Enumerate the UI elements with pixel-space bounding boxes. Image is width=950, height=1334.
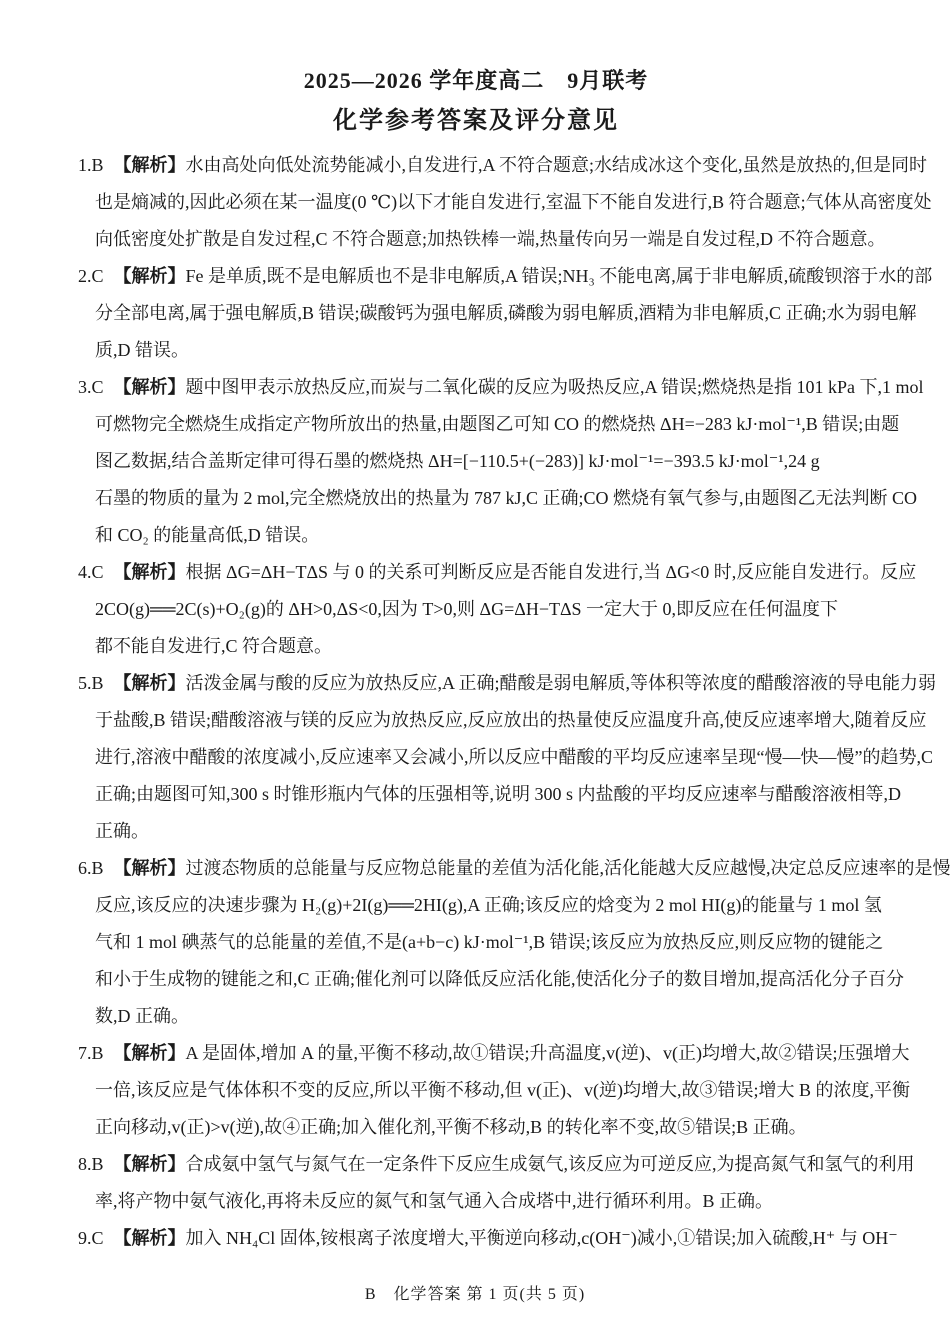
analysis-tag: 【解析】	[114, 1043, 186, 1063]
answer-text: 合成氨中氢气与氮气在一定条件下反应生成氨气,该反应为可逆反应,为提高氮气和氢气的…	[186, 1154, 915, 1174]
answer-key-subtitle: 化学参考答案及评分意见	[78, 105, 874, 137]
answer-text-line: 5.B【解析】活泼金属与酸的反应为放热反应,A 正确;醋酸是弱电解质,等体积等浓…	[78, 665, 874, 702]
answer-item-2: 2.C【解析】Fe 是单质,既不是电解质也不是非电解质,A 错误;NH₃ 不能电…	[78, 258, 874, 369]
analysis-tag: 【解析】	[114, 1228, 186, 1248]
answer-text: 根据 ΔG=ΔH−TΔS 与 0 的关系可判断反应是否能自发进行,当 ΔG<0 …	[186, 562, 917, 582]
answer-number: 6.B	[78, 858, 104, 878]
answer-text-line: 1.B【解析】水由高处向低处流势能减小,自发进行,A 不符合题意;水结成冰这个变…	[78, 147, 874, 184]
analysis-tag: 【解析】	[114, 377, 186, 397]
analysis-tag: 【解析】	[114, 562, 186, 582]
answer-text: 题中图甲表示放热反应,而炭与二氧化碳的反应为吸热反应,A 错误;燃烧热是指 10…	[186, 377, 924, 397]
answer-text: 加入 NH₄Cl 固体,铵根离子浓度增大,平衡逆向移动,c(OH⁻)减小,①错误…	[186, 1228, 898, 1248]
answer-text-line: 6.B【解析】过渡态物质的总能量与反应物总能量的差值为活化能,活化能越大反应越慢…	[78, 850, 874, 887]
answer-text-line: 2CO(g)══2C(s)+O₂(g)的 ΔH>0,ΔS<0,因为 T>0,则 …	[78, 591, 874, 628]
answer-text-line: 4.C【解析】根据 ΔG=ΔH−TΔS 与 0 的关系可判断反应是否能自发进行,…	[78, 554, 874, 591]
answer-text: 活泼金属与酸的反应为放热反应,A 正确;醋酸是弱电解质,等体积等浓度的醋酸溶液的…	[186, 673, 937, 693]
answer-number: 8.B	[78, 1154, 104, 1174]
answer-text: 过渡态物质的总能量与反应物总能量的差值为活化能,活化能越大反应越慢,决定总反应速…	[186, 858, 950, 878]
answer-text-line: 正向移动,v(正)>v(逆),故④正确;加入催化剂,平衡不移动,B 的转化率不变…	[78, 1109, 874, 1146]
document-page: 2025—2026 学年度高二 9月联考 化学参考答案及评分意见 1.B【解析】…	[0, 0, 950, 1334]
answer-text-line: 正确;由题图可知,300 s 时锥形瓶内气体的压强相等,说明 300 s 内盐酸…	[78, 776, 874, 813]
answer-text-line: 数,D 正确。	[78, 998, 874, 1035]
answer-item-1: 1.B【解析】水由高处向低处流势能减小,自发进行,A 不符合题意;水结成冰这个变…	[78, 147, 874, 258]
answer-number: 2.C	[78, 266, 104, 286]
answer-item-3: 3.C【解析】题中图甲表示放热反应,而炭与二氧化碳的反应为吸热反应,A 错误;燃…	[78, 369, 874, 554]
answer-text-line: 也是熵减的,因此必须在某一温度(0 ℃)以下才能自发进行,室温下不能自发进行,B…	[78, 184, 874, 221]
answer-text-line: 进行,溶液中醋酸的浓度减小,反应速率又会减小,所以反应中醋酸的平均反应速率呈现“…	[78, 739, 874, 776]
answer-text-line: 率,将产物中氨气液化,再将未反应的氮气和氢气通入合成塔中,进行循环利用。B 正确…	[78, 1183, 874, 1220]
answer-text-line: 9.C【解析】加入 NH₄Cl 固体,铵根离子浓度增大,平衡逆向移动,c(OH⁻…	[78, 1220, 874, 1257]
answer-number: 5.B	[78, 673, 104, 693]
answer-text-line: 7.B【解析】A 是固体,增加 A 的量,平衡不移动,故①错误;升高温度,v(逆…	[78, 1035, 874, 1072]
answer-item-4: 4.C【解析】根据 ΔG=ΔH−TΔS 与 0 的关系可判断反应是否能自发进行,…	[78, 554, 874, 665]
answer-text-line: 向低密度处扩散是自发过程,C 不符合题意;加热铁棒一端,热量传向另一端是自发过程…	[78, 221, 874, 258]
answer-text-line: 可燃物完全燃烧生成指定产物所放出的热量,由题图乙可知 CO 的燃烧热 ΔH=−2…	[78, 406, 874, 443]
answer-item-8: 8.B【解析】合成氨中氢气与氮气在一定条件下反应生成氨气,该反应为可逆反应,为提…	[78, 1146, 874, 1220]
answer-text-line: 图乙数据,结合盖斯定律可得石墨的燃烧热 ΔH=[−110.5+(−283)] k…	[78, 443, 874, 480]
analysis-tag: 【解析】	[114, 858, 186, 878]
answer-number: 4.C	[78, 562, 104, 582]
answer-item-9: 9.C【解析】加入 NH₄Cl 固体,铵根离子浓度增大,平衡逆向移动,c(OH⁻…	[78, 1220, 874, 1257]
answer-number: 1.B	[78, 155, 104, 175]
answer-number: 7.B	[78, 1043, 104, 1063]
analysis-tag: 【解析】	[114, 1154, 186, 1174]
answer-text-line: 质,D 错误。	[78, 332, 874, 369]
answer-item-5: 5.B【解析】活泼金属与酸的反应为放热反应,A 正确;醋酸是弱电解质,等体积等浓…	[78, 665, 874, 850]
answer-item-7: 7.B【解析】A 是固体,增加 A 的量,平衡不移动,故①错误;升高温度,v(逆…	[78, 1035, 874, 1146]
analysis-tag: 【解析】	[114, 155, 186, 175]
answer-text-line: 都不能自发进行,C 符合题意。	[78, 628, 874, 665]
analysis-tag: 【解析】	[114, 266, 186, 286]
answer-text-line: 一倍,该反应是气体体积不变的反应,所以平衡不移动,但 v(正)、v(逆)均增大,…	[78, 1072, 874, 1109]
answer-text: 水由高处向低处流势能减小,自发进行,A 不符合题意;水结成冰这个变化,虽然是放热…	[186, 155, 928, 175]
answer-text-line: 于盐酸,B 错误;醋酸溶液与镁的反应为放热反应,反应放出的热量使反应温度升高,使…	[78, 702, 874, 739]
answer-text-line: 石墨的物质的量为 2 mol,完全燃烧放出的热量为 787 kJ,C 正确;CO…	[78, 480, 874, 517]
answer-text: A 是固体,增加 A 的量,平衡不移动,故①错误;升高温度,v(逆)、v(正)均…	[186, 1043, 910, 1063]
answer-text-line: 和小于生成物的键能之和,C 正确;催化剂可以降低反应活化能,使活化分子的数目增加…	[78, 961, 874, 998]
answer-text-line: 和 CO₂ 的能量高低,D 错误。	[78, 517, 874, 554]
answer-number: 3.C	[78, 377, 104, 397]
answer-text-line: 8.B【解析】合成氨中氢气与氮气在一定条件下反应生成氨气,该反应为可逆反应,为提…	[78, 1146, 874, 1183]
answers-list: 1.B【解析】水由高处向低处流势能减小,自发进行,A 不符合题意;水结成冰这个变…	[78, 147, 874, 1257]
answer-text-line: 分全部电离,属于强电解质,B 错误;碳酸钙为强电解质,磷酸为弱电解质,酒精为非电…	[78, 295, 874, 332]
page-footer: B 化学答案 第 1 页(共 5 页)	[0, 1281, 950, 1304]
answer-text-line: 2.C【解析】Fe 是单质,既不是电解质也不是非电解质,A 错误;NH₃ 不能电…	[78, 258, 874, 295]
answer-text-line: 3.C【解析】题中图甲表示放热反应,而炭与二氧化碳的反应为吸热反应,A 错误;燃…	[78, 369, 874, 406]
exam-title: 2025—2026 学年度高二 9月联考	[78, 66, 874, 96]
analysis-tag: 【解析】	[114, 673, 186, 693]
answer-text-line: 气和 1 mol 碘蒸气的总能量的差值,不是(a+b−c) kJ·mol⁻¹,B…	[78, 924, 874, 961]
answer-text-line: 正确。	[78, 813, 874, 850]
answer-item-6: 6.B【解析】过渡态物质的总能量与反应物总能量的差值为活化能,活化能越大反应越慢…	[78, 850, 874, 1035]
answer-text: Fe 是单质,既不是电解质也不是非电解质,A 错误;NH₃ 不能电离,属于非电解…	[186, 266, 933, 286]
answer-text-line: 反应,该反应的决速步骤为 H₂(g)+2I(g)══2HI(g),A 正确;该反…	[78, 887, 874, 924]
answer-number: 9.C	[78, 1228, 104, 1248]
